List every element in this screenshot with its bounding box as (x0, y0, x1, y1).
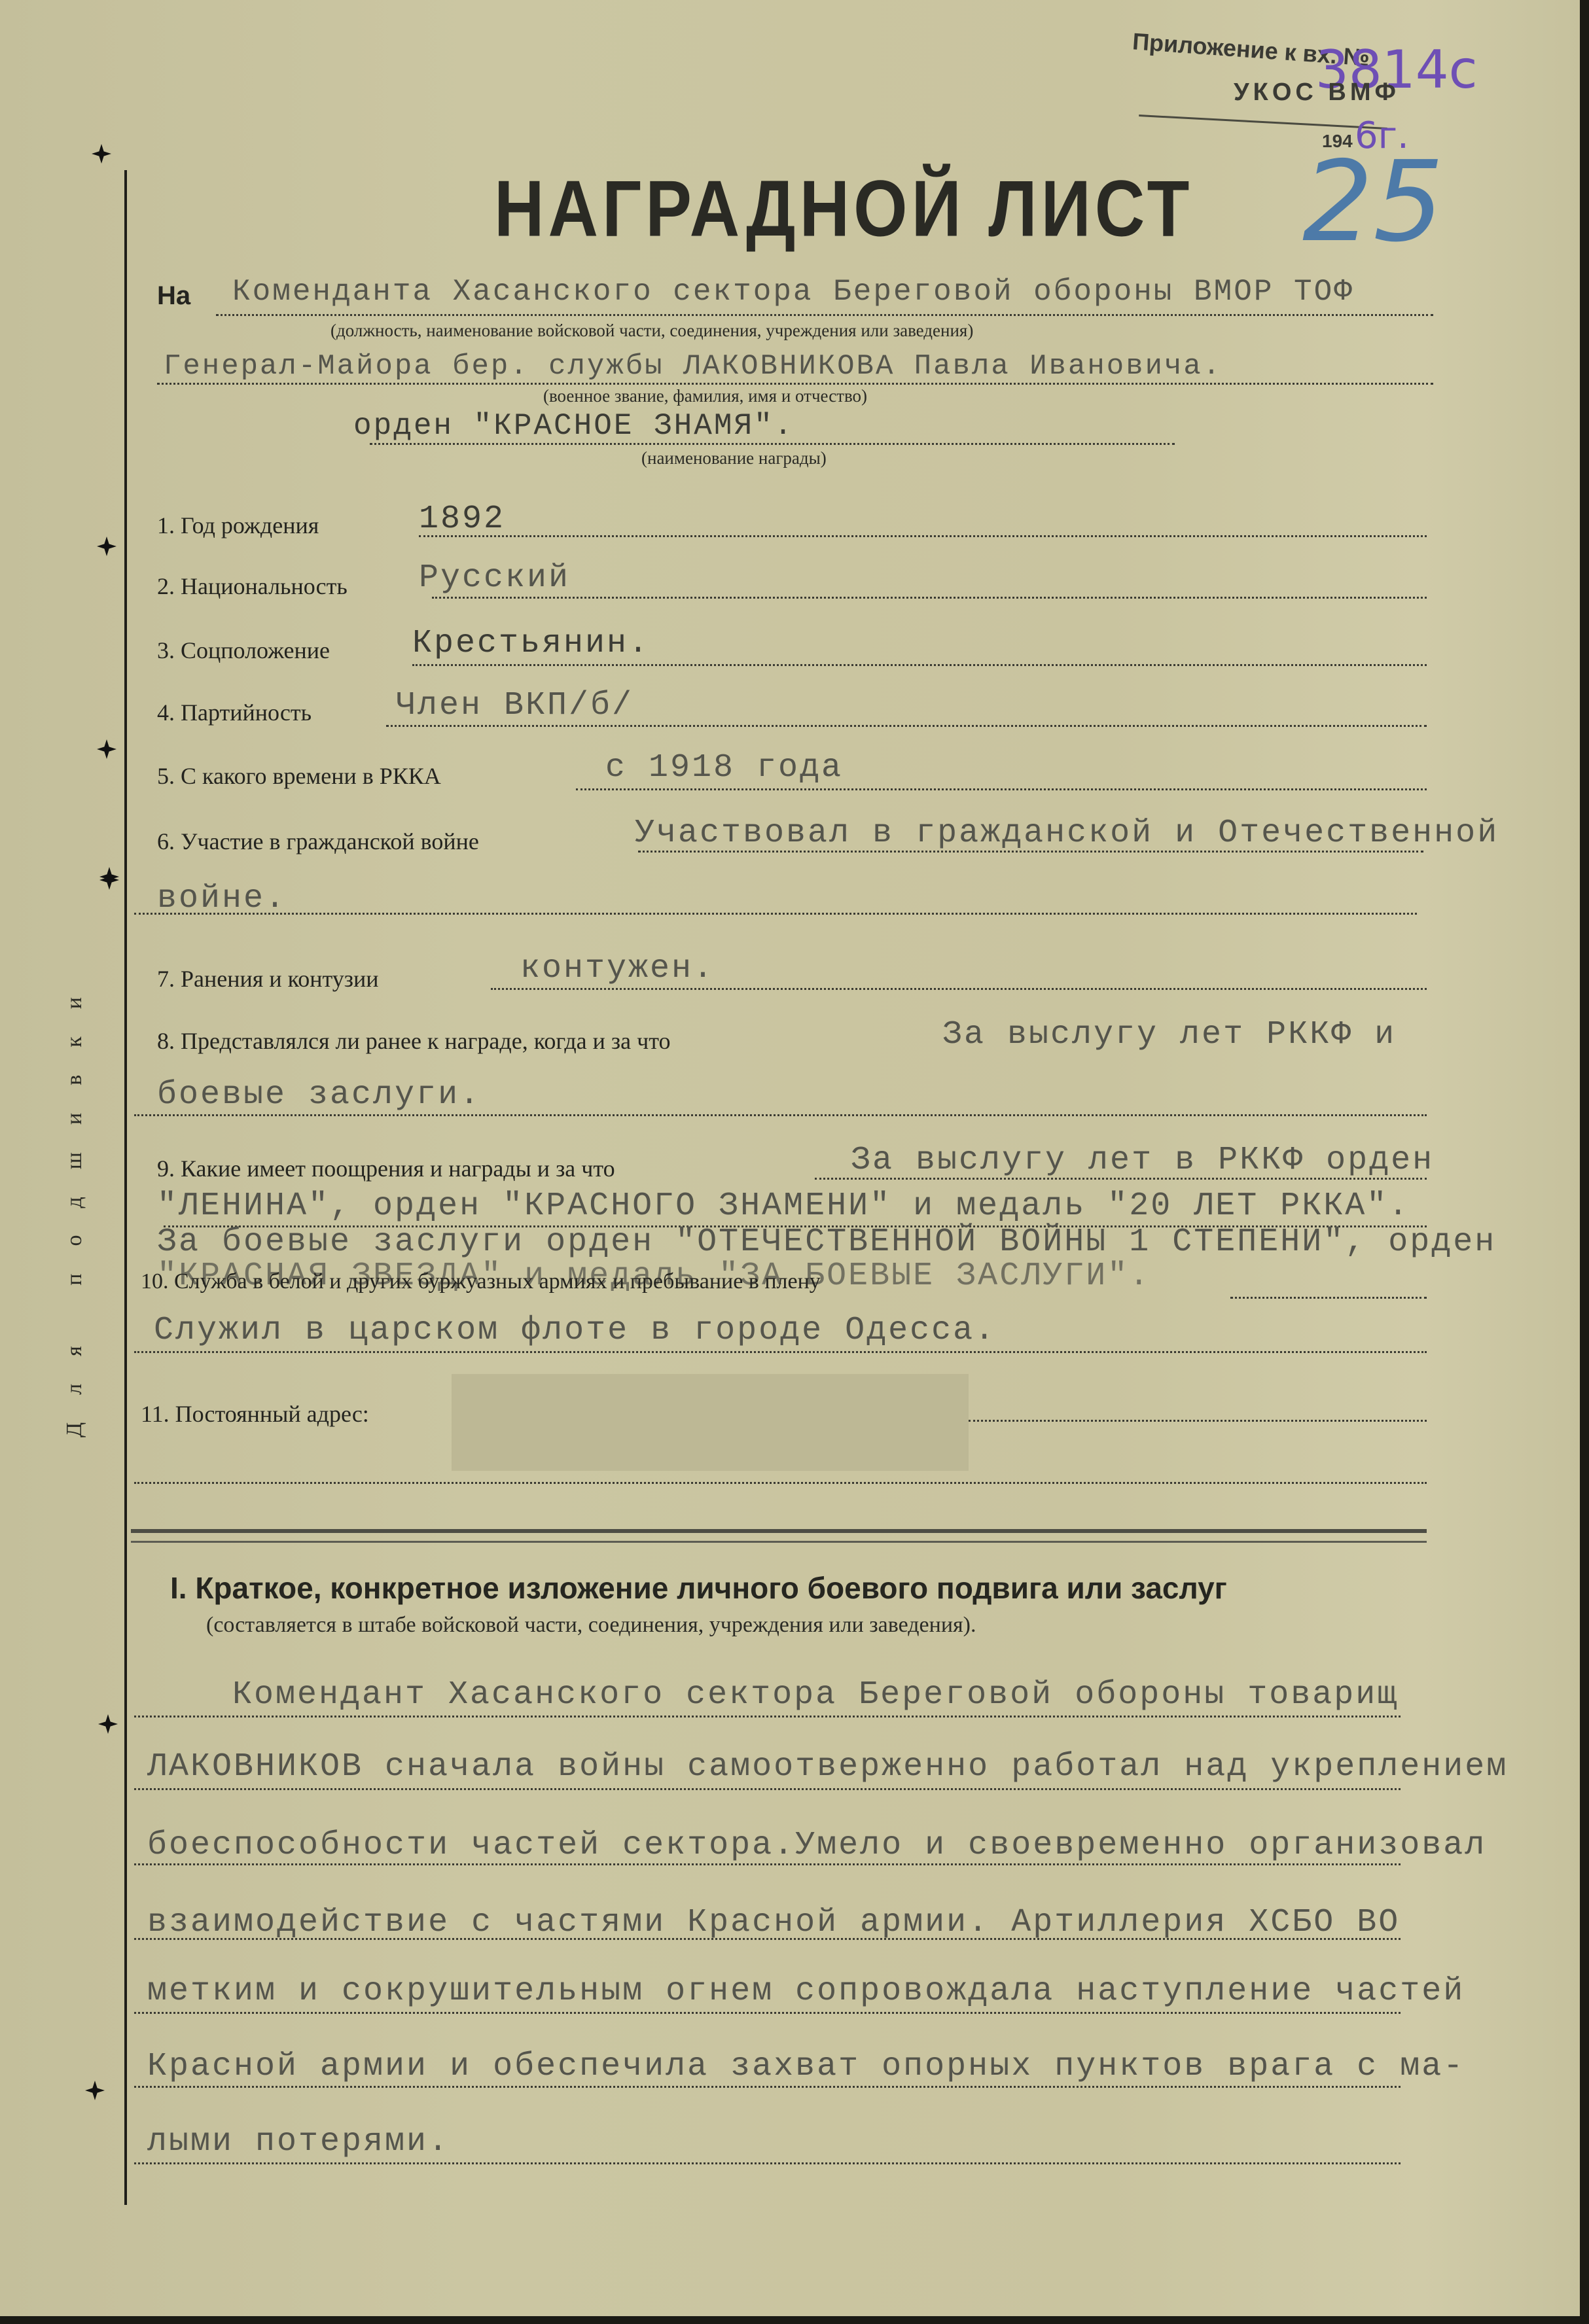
field-9-value-3: За боевые заслуги орден "ОТЕЧЕСТВЕННОЙ В… (157, 1224, 1496, 1261)
field-2-underline (432, 597, 1427, 599)
punch-hole (99, 870, 119, 890)
field-6-value-cont: войне. (157, 880, 287, 917)
field-2-label: 2. Национальность (157, 572, 348, 600)
field-7-label: 7. Ранения и контузии (157, 965, 379, 993)
binding-margin-label: Для подшивки (62, 713, 101, 1695)
field-8-underline (134, 1114, 1427, 1116)
field-3-label: 3. Соцположение (157, 637, 330, 664)
section-1-line-5: метким и сокрушительным огнем сопровожда… (147, 1973, 1465, 2010)
section-1-underline-5 (134, 2012, 1401, 2014)
section-1-underline-7 (134, 2162, 1401, 2164)
field-8-value: За выслугу лет РККФ и (942, 1016, 1396, 1053)
section-1-underline-4 (134, 1938, 1401, 1940)
punch-hole (97, 537, 116, 556)
section-1-line-6: Красной армии и обеспечила захват опорны… (147, 2048, 1465, 2085)
name-hint: (военное звание, фамилия, имя и отчество… (543, 386, 867, 406)
field-11-underline (969, 1420, 1427, 1422)
position-hint: (должность, наименование войсковой части… (330, 321, 973, 341)
field-6-label: 6. Участие в гражданской войне (157, 828, 479, 855)
position-value: Коменданта Хасанского сектора Береговой … (232, 275, 1354, 309)
field-9-value: За выслугу лет в РККФ орден (851, 1142, 1434, 1179)
section-1-underline-1 (134, 1716, 1401, 1717)
field-5-underline (576, 788, 1427, 790)
field-10-label: 10. Служба в белой и других буржуазных а… (141, 1269, 821, 1294)
field-6-underline-2 (134, 913, 1417, 915)
registration-stamp-line2: УКОС ВМФ (1234, 79, 1400, 107)
field-8-label: 8. Представлялся ли ранее к награде, ког… (157, 1027, 670, 1055)
field-4-underline (386, 725, 1427, 727)
na-label: На (157, 281, 190, 311)
name-underline (157, 383, 1433, 385)
punch-hole (98, 1714, 118, 1734)
field-11-label: 11. Постоянный адрес: (141, 1400, 369, 1428)
section-1-underline-2 (134, 1788, 1401, 1790)
field-8-value-cont: боевые заслуги. (157, 1076, 481, 1114)
award-sheet-page: Для подшивки Приложение к вх. № 3814с УК… (0, 0, 1580, 2316)
section-1-line-7: лыми потерями. (147, 2123, 450, 2160)
section-divider (131, 1529, 1427, 1543)
field-3-underline (412, 664, 1427, 666)
award-value: орден "КРАСНОЕ ЗНАМЯ". (353, 409, 794, 443)
field-9-label: 9. Какие имеет поощрения и награды и за … (157, 1155, 615, 1182)
field-1-underline (419, 535, 1427, 537)
binding-margin-line (124, 170, 127, 2205)
field-6-value: Участвовал в гражданской и Отечественной (635, 815, 1499, 852)
field-9-underline (815, 1178, 1427, 1180)
field-2-value: Русский (419, 559, 570, 597)
pencil-mark: 25 (1302, 137, 1444, 267)
field-10-value: Служил в царском флоте в городе Одесса. (154, 1312, 996, 1349)
field-5-value: с 1918 года (605, 749, 843, 786)
section-1-line-1: Комендант Хасанского сектора Береговой о… (232, 1676, 1399, 1714)
field-5-label: 5. С какого времени в РККА (157, 762, 441, 790)
page-title: НАГРАДНОЙ ЛИСТ (494, 164, 1193, 255)
section-1-title: I. Краткое, конкретное изложение личного… (170, 1570, 1227, 1606)
stamp-date-line (1139, 114, 1387, 130)
redacted-address-box (452, 1374, 969, 1471)
field-11-underline-2 (134, 1482, 1427, 1484)
section-1-underline-3 (134, 1863, 1401, 1865)
section-1-underline-6 (134, 2086, 1401, 2088)
field-1-label: 1. Год рождения (157, 512, 319, 539)
section-1-line-3: боеспособности частей сектора.Умело и св… (147, 1827, 1486, 1864)
field-10-underline (1230, 1297, 1427, 1299)
field-9-value-2: "ЛЕНИНА", орден "КРАСНОГО ЗНАМЕНИ" и мед… (157, 1188, 1410, 1225)
name-value: Генерал-Майора бер. службы ЛАКОВНИКОВА П… (164, 350, 1222, 383)
section-1-line-2: ЛАКОВНИКОВ сначала войны самоотверженно … (147, 1748, 1508, 1786)
field-3-value: Крестьянин. (412, 625, 650, 662)
section-1-line-4: взаимодействие с частями Красной армии. … (147, 1904, 1400, 1941)
punch-hole (92, 144, 111, 164)
field-1-value: 1892 (419, 501, 505, 538)
punch-hole (85, 2081, 105, 2100)
field-4-value: Член ВКП/б/ (396, 687, 634, 724)
field-10-underline-2 (134, 1351, 1427, 1353)
award-underline (370, 443, 1175, 445)
field-7-underline (491, 988, 1427, 990)
section-1-subtitle: (составляется в штабе войсковой части, с… (206, 1613, 976, 1638)
field-7-value: контужен. (520, 950, 715, 987)
field-4-label: 4. Партийность (157, 699, 312, 726)
position-underline (216, 314, 1433, 316)
award-hint: (наименование награды) (641, 448, 827, 468)
field-6-underline (638, 851, 1423, 853)
